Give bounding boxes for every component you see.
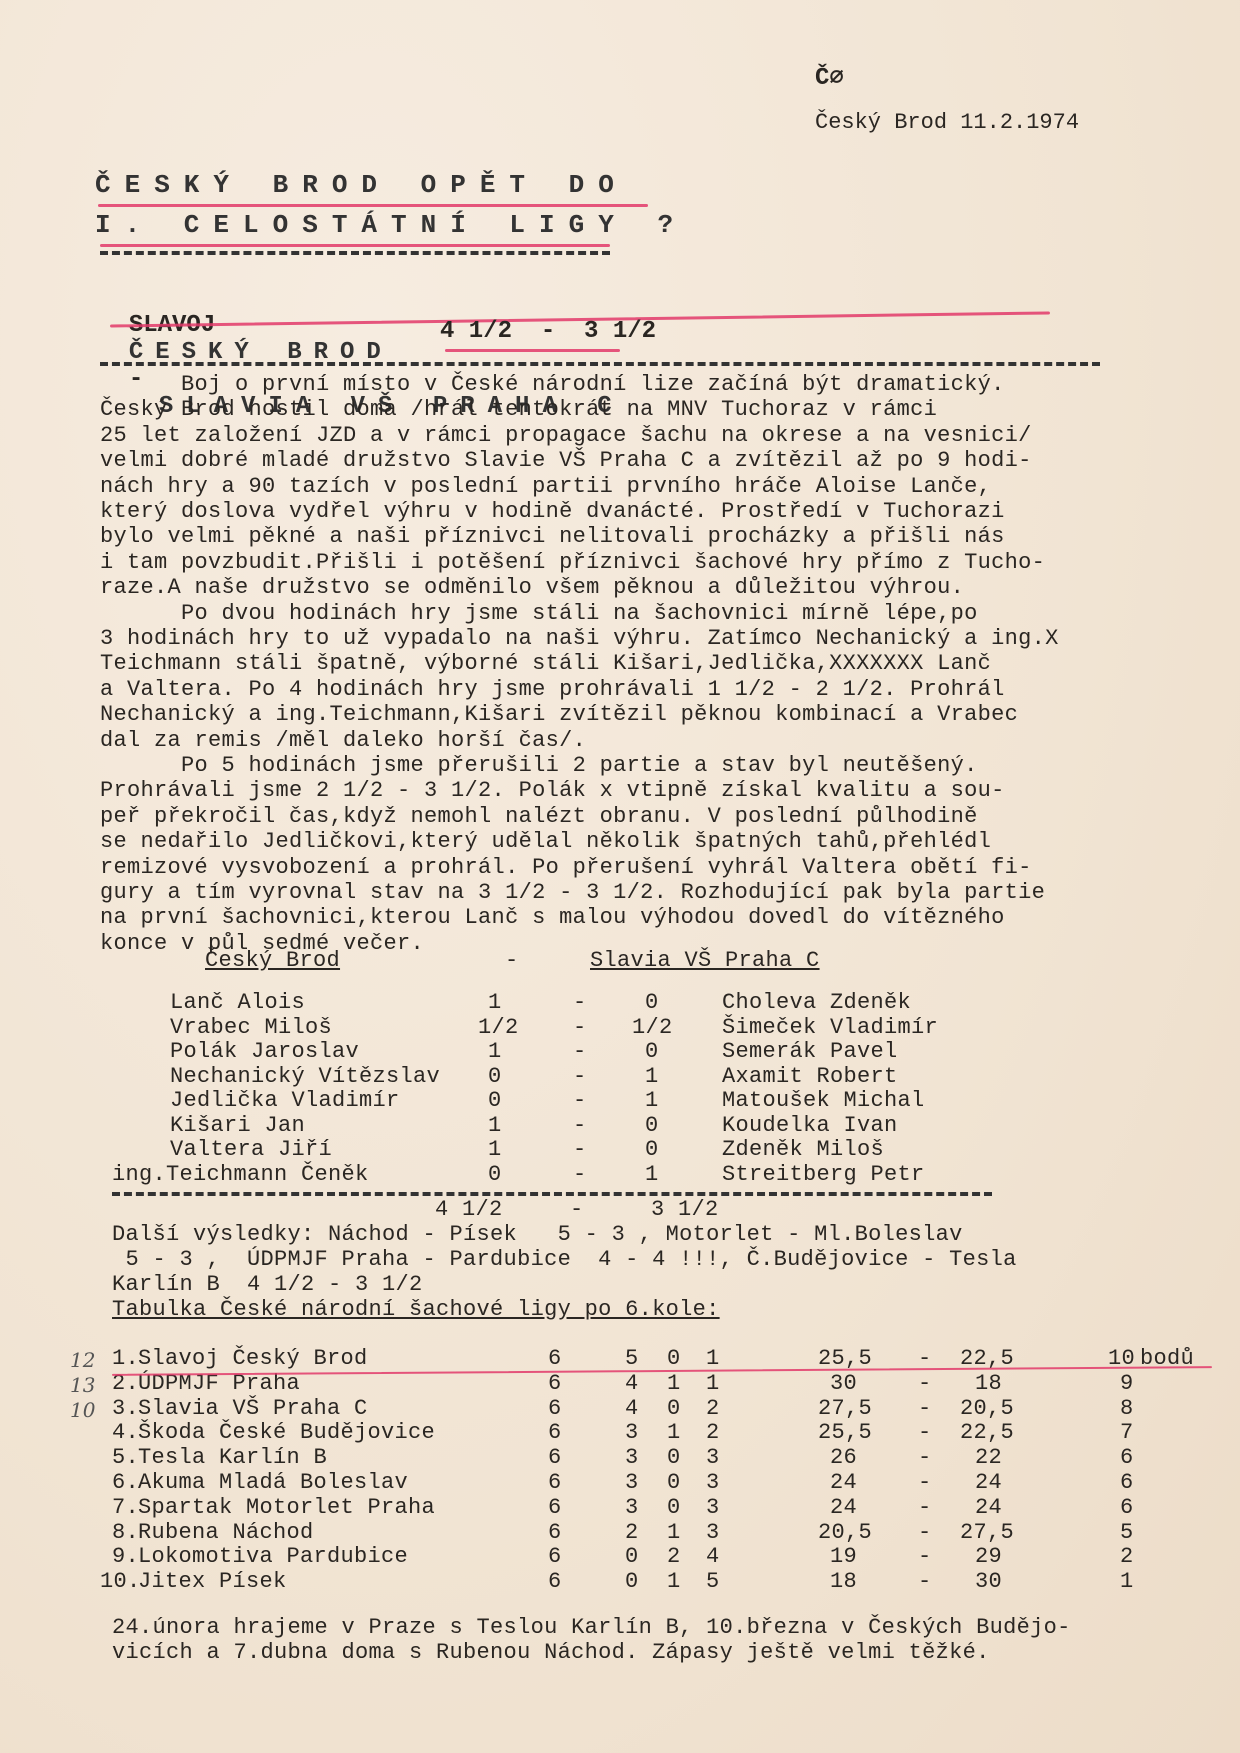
score-for: 30	[830, 1371, 857, 1396]
board-row: Vrabec Miloš1/2-1/2Šimeček Vladimír	[0, 1015, 1240, 1040]
played: 6	[548, 1544, 562, 1569]
played: 6	[548, 1495, 562, 1520]
body-line: nách hry a 90 tazích v poslední partii p…	[100, 474, 991, 499]
team-name: Lokomotiva Pardubice	[138, 1544, 408, 1569]
home-score: 0	[488, 1162, 502, 1187]
home-score: 0	[488, 1088, 502, 1113]
team-name: Slavoj Český Brod	[138, 1346, 368, 1371]
board-separator: -	[573, 1015, 587, 1040]
drawn: 0	[667, 1346, 681, 1371]
team-name: Akuma Mladá Boleslav	[138, 1470, 408, 1495]
won: 0	[625, 1569, 639, 1594]
lost: 2	[706, 1396, 720, 1421]
score-against: 22,5	[960, 1420, 1014, 1445]
corner-mark: Č∅	[815, 62, 844, 92]
body-line: Po 5 hodinách jsme přerušili 2 partie a …	[100, 753, 978, 778]
away-player: Axamit Robert	[722, 1064, 898, 1089]
score-against: 24	[975, 1495, 1002, 1520]
lost: 4	[706, 1544, 720, 1569]
home-score: 1	[488, 990, 502, 1015]
drawn: 0	[667, 1495, 681, 1520]
score-against: 24	[975, 1470, 1002, 1495]
board-row: Lanč Alois1-0Choleva Zdeněk	[0, 990, 1240, 1015]
score-for: 27,5	[818, 1396, 872, 1421]
won: 2	[625, 1520, 639, 1545]
won: 4	[625, 1396, 639, 1421]
points: 5	[1120, 1520, 1134, 1545]
score-for: 25,5	[818, 1346, 872, 1371]
won: 3	[625, 1420, 639, 1445]
played: 6	[548, 1371, 562, 1396]
typed-rule	[100, 362, 1100, 366]
closing-line: vicích a 7.dubna doma s Rubenou Náchod. …	[112, 1640, 990, 1665]
board-row: Jedlička Vladimír0-1Matoušek Michal	[0, 1088, 1240, 1113]
lost: 1	[706, 1371, 720, 1396]
standings-row: 4.Škoda České Budějovice631225,5-22,57	[0, 1420, 1240, 1445]
score-against: 30	[975, 1569, 1002, 1594]
home-player: Valtera Jiří	[170, 1137, 332, 1162]
board-row: Kišari Jan1-0Koudelka Ivan	[0, 1113, 1240, 1138]
drawn: 1	[667, 1520, 681, 1545]
result-line: 5 - 3 , ÚDPMJF Praha - Pardubice 4 - 4 !…	[112, 1247, 1017, 1272]
points: 6	[1120, 1445, 1134, 1470]
score-for: 26	[830, 1445, 857, 1470]
result-line: Další výsledky: Náchod - Písek 5 - 3 , M…	[112, 1222, 963, 1247]
team-rank: 10.	[100, 1569, 141, 1594]
won: 3	[625, 1470, 639, 1495]
board-row: Valtera Jiří1-0Zdeněk Miloš	[0, 1137, 1240, 1162]
body-line: 25 let založení JZD a v rámci propagace …	[100, 423, 1032, 448]
away-score: 0	[645, 1137, 659, 1162]
score-for: 20,5	[818, 1520, 872, 1545]
home-player: Jedlička Vladimír	[170, 1088, 400, 1113]
drawn: 0	[667, 1445, 681, 1470]
typed-rule	[112, 1192, 992, 1196]
standings-row: 6.Akuma Mladá Boleslav630324-246	[0, 1470, 1240, 1495]
board-separator: -	[573, 990, 587, 1015]
drawn: 0	[667, 1470, 681, 1495]
body-line: peř překročil čas,když nemohl nalézt obr…	[100, 804, 978, 829]
body-line: Teichmann stáli špatně, výborné stáli Ki…	[100, 651, 991, 676]
body-line: raze.A naše družstvo se odměnilo všem pě…	[100, 575, 964, 600]
lineup-home-team: Český Brod	[205, 948, 340, 973]
body-line: velmi dobré mladé družstvo Slavie VŠ Pra…	[100, 448, 1032, 473]
team-name: Jitex Písek	[138, 1569, 287, 1594]
away-score: 1	[645, 1088, 659, 1113]
score-for: 24	[830, 1470, 857, 1495]
standings-row: 9.Lokomotiva Pardubice602419-292	[0, 1544, 1240, 1569]
team-rank: 7.	[112, 1495, 139, 1520]
lineup-separator: -	[505, 948, 519, 973]
score-for: 25,5	[818, 1420, 872, 1445]
score-separator: -	[918, 1495, 932, 1520]
board-separator: -	[573, 1162, 587, 1187]
closing-line: 24.února hrajeme v Praze s Teslou Karlín…	[112, 1615, 1071, 1640]
lost: 3	[706, 1520, 720, 1545]
away-player: Streitberg Petr	[722, 1162, 925, 1187]
won: 3	[625, 1495, 639, 1520]
score-against: 29	[975, 1544, 1002, 1569]
board-separator: -	[573, 1064, 587, 1089]
board-separator: -	[573, 1137, 587, 1162]
standings-row: 7.Spartak Motorlet Praha630324-246	[0, 1495, 1240, 1520]
body-line: Český Brod hostil doma /hrál tentokrát n…	[100, 397, 937, 422]
team-rank: 8.	[112, 1520, 139, 1545]
body-line: se nedařilo Jedličkovi,který udělal něko…	[100, 829, 991, 854]
away-player: Choleva Zdeněk	[722, 990, 911, 1015]
points: 6	[1120, 1470, 1134, 1495]
points: 9	[1120, 1371, 1134, 1396]
lost: 2	[706, 1420, 720, 1445]
typed-underline	[100, 251, 610, 255]
headline-line-2: I. CELOSTÁTNÍ LIGY ?	[95, 210, 687, 240]
score-for: 18	[830, 1569, 857, 1594]
away-player: Koudelka Ivan	[722, 1113, 898, 1138]
away-score: 1/2	[632, 1015, 673, 1040]
red-underline	[100, 244, 610, 247]
handwritten-note: 10	[70, 1398, 95, 1423]
home-player: Vrabec Miloš	[170, 1015, 332, 1040]
played: 6	[548, 1420, 562, 1445]
standings-row: 10.Jitex Písek601518-301	[0, 1569, 1240, 1594]
team-rank: 9.	[112, 1544, 139, 1569]
played: 6	[548, 1470, 562, 1495]
team-name: Rubena Náchod	[138, 1520, 314, 1545]
red-underline	[98, 204, 648, 207]
points: 7	[1120, 1420, 1134, 1445]
body-line: který doslova vydřel výhru v hodině dvan…	[100, 499, 1005, 524]
away-score: 1	[645, 1064, 659, 1089]
board-separator: -	[573, 1088, 587, 1113]
played: 6	[548, 1569, 562, 1594]
home-player: Polák Jaroslav	[170, 1039, 359, 1064]
body-line: Prohrávali jsme 2 1/2 - 3 1/2. Polák x v…	[100, 778, 1005, 803]
red-underline	[445, 349, 620, 352]
board-row: ing.Teichmann Čeněk0-1Streitberg Petr	[0, 1162, 1240, 1187]
team-name: Škoda České Budějovice	[138, 1420, 435, 1445]
score-for: 19	[830, 1544, 857, 1569]
lost: 3	[706, 1470, 720, 1495]
away-score: 0	[645, 990, 659, 1015]
handwritten-note: 13	[70, 1373, 95, 1398]
away-score: 1	[645, 1162, 659, 1187]
lost: 5	[706, 1569, 720, 1594]
drawn: 1	[667, 1569, 681, 1594]
played: 6	[548, 1520, 562, 1545]
team-name: Tesla Karlín B	[138, 1445, 327, 1470]
points: 2	[1120, 1544, 1134, 1569]
drawn: 0	[667, 1396, 681, 1421]
score-separator: -	[918, 1569, 932, 1594]
home-player: Lanč Alois	[170, 990, 305, 1015]
body-line: i tam povzbudit.Přišli i potěšení přízni…	[100, 550, 1045, 575]
body-line: Po dvou hodinách hry jsme stáli na šacho…	[100, 601, 978, 626]
played: 6	[548, 1346, 562, 1371]
body-line: na první šachovnici,kterou Lanč s malou …	[100, 905, 1005, 930]
points: 6	[1120, 1495, 1134, 1520]
lost: 1	[706, 1346, 720, 1371]
home-score: 1	[488, 1113, 502, 1138]
standings-row: 103.Slavia VŠ Praha C640227,5-20,58	[0, 1396, 1240, 1421]
away-player: Šimeček Vladimír	[722, 1015, 938, 1040]
board-row: Nechanický Vítězslav0-1Axamit Robert	[0, 1064, 1240, 1089]
score-separator: -	[918, 1520, 932, 1545]
home-player: ing.Teichmann Čeněk	[112, 1162, 369, 1187]
board-row: Polák Jaroslav1-0Semerák Pavel	[0, 1039, 1240, 1064]
body-line: dal za remis /měl daleko horší čas/.	[100, 728, 586, 753]
body-line: gury a tím vyrovnal stav na 3 1/2 - 3 1/…	[100, 880, 1045, 905]
points: 1	[1120, 1569, 1134, 1594]
lost: 3	[706, 1445, 720, 1470]
lineup-total: 4 1/2 - 3 1/2	[435, 1197, 719, 1222]
result-line: Karlín B 4 1/2 - 3 1/2	[112, 1272, 423, 1297]
away-player: Zdeněk Miloš	[722, 1137, 884, 1162]
played: 6	[548, 1445, 562, 1470]
standings-title: Tabulka České národní šachové ligy po 6.…	[112, 1297, 720, 1322]
home-score: 0	[488, 1064, 502, 1089]
match-score: 4 1/2 - 3 1/2	[440, 318, 656, 345]
score-separator: -	[918, 1396, 932, 1421]
home-player: Kišari Jan	[170, 1113, 305, 1138]
score-separator: -	[918, 1544, 932, 1569]
team-name: Slavia VŠ Praha C	[138, 1396, 368, 1421]
score-separator: -	[918, 1420, 932, 1445]
away-score: 0	[645, 1113, 659, 1138]
team-name: Spartak Motorlet Praha	[138, 1495, 435, 1520]
score-against: 18	[975, 1371, 1002, 1396]
team-rank: 6.	[112, 1470, 139, 1495]
won: 0	[625, 1544, 639, 1569]
score-against: 27,5	[960, 1520, 1014, 1545]
home-score: 1	[488, 1137, 502, 1162]
score-separator: -	[918, 1470, 932, 1495]
away-player: Semerák Pavel	[722, 1039, 898, 1064]
score-against: 20,5	[960, 1396, 1014, 1421]
score-separator: -	[918, 1371, 932, 1396]
body-line: a Valtera. Po 4 hodinách hry jsme prohrá…	[100, 677, 1005, 702]
team-rank: 4.	[112, 1420, 139, 1445]
handwritten-note: 12	[70, 1348, 95, 1373]
drawn: 1	[667, 1420, 681, 1445]
team-rank: 1.	[112, 1346, 139, 1371]
lineup-away-team: Slavia VŠ Praha C	[590, 948, 820, 973]
home-score: 1	[488, 1039, 502, 1064]
body-line: 3 hodinách hry to už vypadalo na naši vý…	[100, 626, 1059, 651]
body-line: Boj o první místo v České národní lize z…	[100, 372, 1005, 397]
home-score: 1/2	[478, 1015, 519, 1040]
team-rank: 3.	[112, 1396, 139, 1421]
place-date: Český Brod 11.2.1974	[815, 110, 1079, 135]
won: 3	[625, 1445, 639, 1470]
team-rank: 5.	[112, 1445, 139, 1470]
won: 4	[625, 1371, 639, 1396]
headline-line-1: ČESKÝ BROD OPĚT DO	[95, 170, 628, 200]
drawn: 1	[667, 1371, 681, 1396]
standings-row: 5.Tesla Karlín B630326-226	[0, 1445, 1240, 1470]
body-line: Nechanický a ing.Teichmann,Kišari zvítěz…	[100, 702, 1018, 727]
lost: 3	[706, 1495, 720, 1520]
body-line: bylo velmi pěkné a naši příznivci nelito…	[100, 524, 1005, 549]
away-score: 0	[645, 1039, 659, 1064]
score-separator: -	[918, 1445, 932, 1470]
drawn: 2	[667, 1544, 681, 1569]
points: 8	[1120, 1396, 1134, 1421]
standings-row: 8.Rubena Náchod621320,5-27,55	[0, 1520, 1240, 1545]
board-separator: -	[573, 1039, 587, 1064]
won: 5	[625, 1346, 639, 1371]
score-against: 22	[975, 1445, 1002, 1470]
home-player: Nechanický Vítězslav	[170, 1064, 440, 1089]
board-separator: -	[573, 1113, 587, 1138]
score-for: 24	[830, 1495, 857, 1520]
body-line: remizové vysvobození a prohrál. Po přeru…	[100, 855, 1032, 880]
away-player: Matoušek Michal	[722, 1088, 925, 1113]
played: 6	[548, 1396, 562, 1421]
